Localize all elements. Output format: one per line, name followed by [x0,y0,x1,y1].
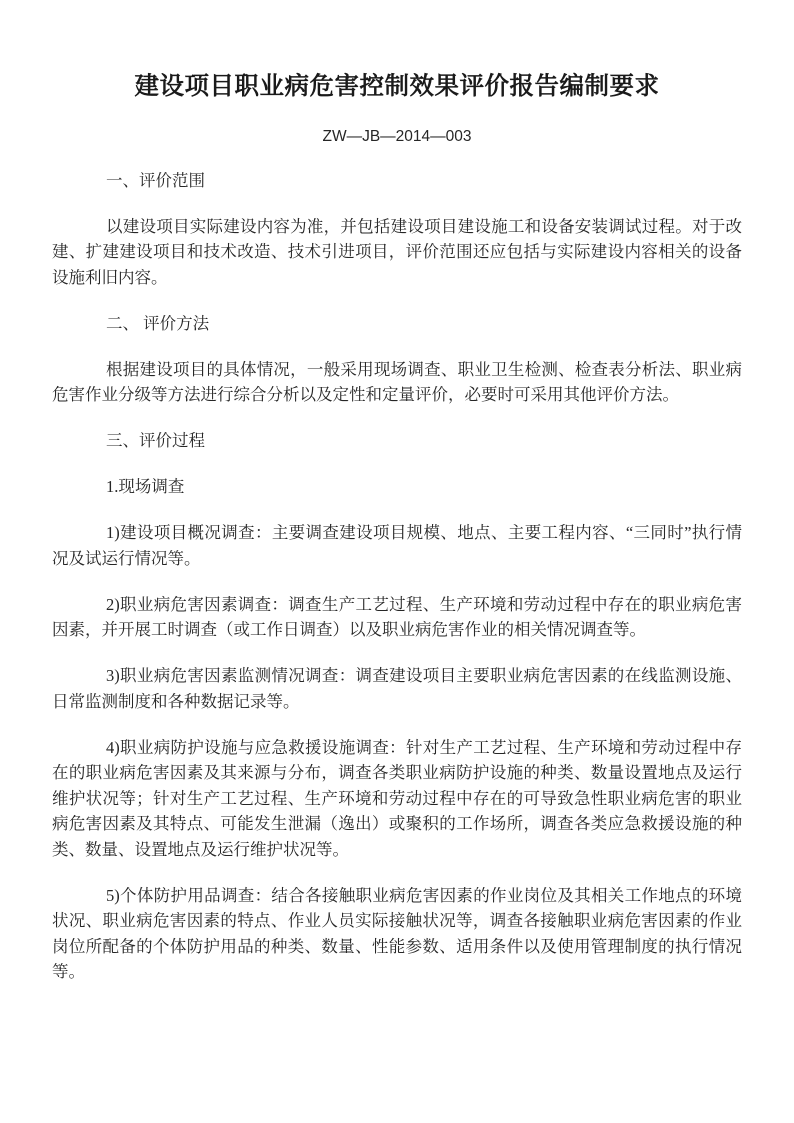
paragraph-protection-facility-survey: 4)职业病防护设施与应急救援设施调查：针对生产工艺过程、生产环境和劳动过程中存在… [52,735,742,863]
paragraph-evaluation-scope: 以建设项目实际建设内容为准，并包括建设项目建设施工和设备安装调试过程。对于改建、… [52,214,742,291]
paragraph-evaluation-method: 根据建设项目的具体情况，一般采用现场调查、职业卫生检测、检查表分析法、职业病危害… [52,357,742,408]
document-code: ZW—JB—2014—003 [52,126,742,147]
document-page: 建设项目职业病危害控制效果评价报告编制要求 ZW—JB—2014—003 一、评… [0,0,794,1123]
paragraph-hazard-monitoring-survey: 3)职业病危害因素监测情况调查：调查建设项目主要职业病危害因素的在线监测设施、日… [52,663,742,714]
paragraph-hazard-factor-survey: 2)职业病危害因素调查：调查生产工艺过程、生产环境和劳动过程中存在的职业病危害因… [52,592,742,643]
section-heading-evaluation-method: 二、 评价方法 [52,311,742,337]
paragraph-personal-protective-equipment-survey: 5)个体防护用品调查：结合各接触职业病危害因素的作业岗位及其相关工作地点的环境状… [52,883,742,985]
section-heading-evaluation-process: 三、评价过程 [52,428,742,454]
subheading-site-survey: 1.现场调查 [52,474,742,500]
document-title: 建设项目职业病危害控制效果评价报告编制要求 [52,73,742,100]
section-heading-evaluation-scope: 一、评价范围 [52,168,742,194]
paragraph-project-overview-survey: 1)建设项目概况调查：主要调查建设项目规模、地点、主要工程内容、“三同时”执行情… [52,520,742,571]
